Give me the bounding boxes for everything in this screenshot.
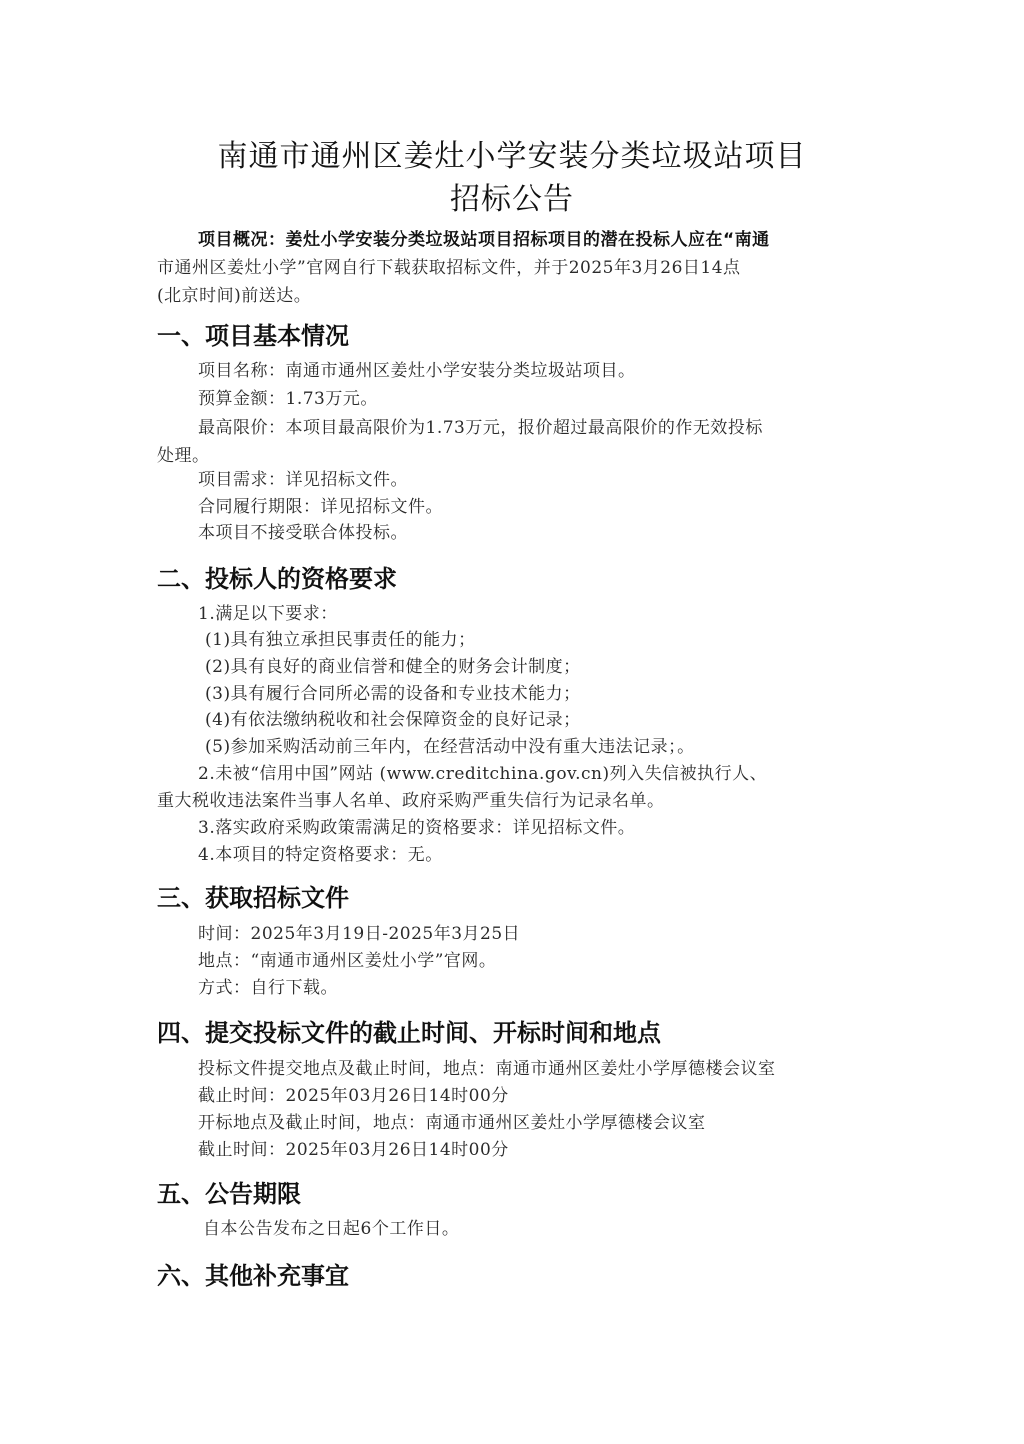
opening-location: 开标地点及截止时间，地点：南通市通州区姜灶小学厚德楼会议室 (198, 1112, 706, 1134)
notice-period: 自本公告发布之日起6个工作日。 (203, 1218, 459, 1240)
qual-item-2: 2.未被“信用中国”网站 (www.creditchina.gov.cn)列入失… (198, 763, 767, 785)
document-title-line2: 招标公告 (0, 174, 1024, 218)
budget-amount: 预算金额：1.73万元。 (198, 388, 378, 410)
section-heading-other-matters: 六、其他补充事宜 (157, 1256, 349, 1291)
project-requirement: 项目需求：详见招标文件。 (198, 469, 408, 491)
qual-sub-3: (3)具有履行合同所必需的设备和专业技术能力； (205, 683, 581, 705)
obtain-method: 方式：自行下载。 (198, 977, 338, 999)
obtain-time: 时间：2025年3月19日-2025年3月25日 (198, 923, 520, 945)
document-page: 南通市通州区姜灶小学安装分类垃圾站项目 招标公告 项目概况：姜灶小学安装分类垃圾… (0, 0, 1024, 1444)
overview-lead: 项目概况：姜灶小学安装分类垃圾站项目招标项目的潜在投标人应在“南通 (198, 229, 770, 251)
qual-sub-2: (2)具有良好的商业信誉和健全的财务会计制度； (205, 656, 581, 678)
section-heading-notice-period: 五、公告期限 (157, 1174, 301, 1209)
max-price: 最高限价：本项目最高限价为1.73万元，报价超过最高限价的作无效投标 (198, 417, 763, 439)
qual-item-3: 3.落实政府采购政策需满足的资格要求：详见招标文件。 (198, 817, 635, 839)
section-heading-deadline: 四、提交投标文件的截止时间、开标时间和地点 (157, 1013, 661, 1048)
qual-item-4: 4.本项目的特定资格要求：无。 (198, 844, 443, 866)
submission-deadline: 截止时间：2025年03月26日14时00分 (198, 1085, 509, 1107)
qual-item-2-cont: 重大税收违法案件当事人名单、政府采购严重失信行为记录名单。 (157, 790, 665, 812)
qual-sub-1: (1)具有独立承担民事责任的能力； (205, 629, 476, 651)
submission-location: 投标文件提交地点及截止时间，地点：南通市通州区姜灶小学厚德楼会议室 (198, 1058, 776, 1080)
qual-sub-4: (4)有依法缴纳税收和社会保障资金的良好记录； (205, 709, 581, 731)
no-consortium: 本项目不接受联合体投标。 (198, 522, 408, 544)
contract-period: 合同履行期限：详见招标文件。 (198, 496, 443, 518)
overview-line3: (北京时间)前送达。 (157, 285, 311, 307)
section-heading-qualifications: 二、投标人的资格要求 (157, 559, 397, 594)
document-title-line1: 南通市通州区姜灶小学安装分类垃圾站项目 (0, 131, 1024, 175)
opening-deadline: 截止时间：2025年03月26日14时00分 (198, 1139, 509, 1161)
overview-line2: 市通州区姜灶小学”官网自行下载获取招标文件，并于2025年3月26日14点 (157, 257, 741, 279)
section-heading-basic-info: 一、项目基本情况 (157, 316, 349, 351)
max-price-cont: 处理。 (157, 445, 210, 467)
qual-sub-5: (5)参加采购活动前三年内，在经营活动中没有重大违法记录；。 (205, 736, 695, 758)
section-heading-obtain-docs: 三、获取招标文件 (157, 878, 349, 913)
project-name: 项目名称：南通市通州区姜灶小学安装分类垃圾站项目。 (198, 360, 636, 382)
obtain-location: 地点：“南通市通州区姜灶小学”官网。 (198, 950, 496, 972)
qual-item-1: 1.满足以下要求： (198, 603, 338, 625)
